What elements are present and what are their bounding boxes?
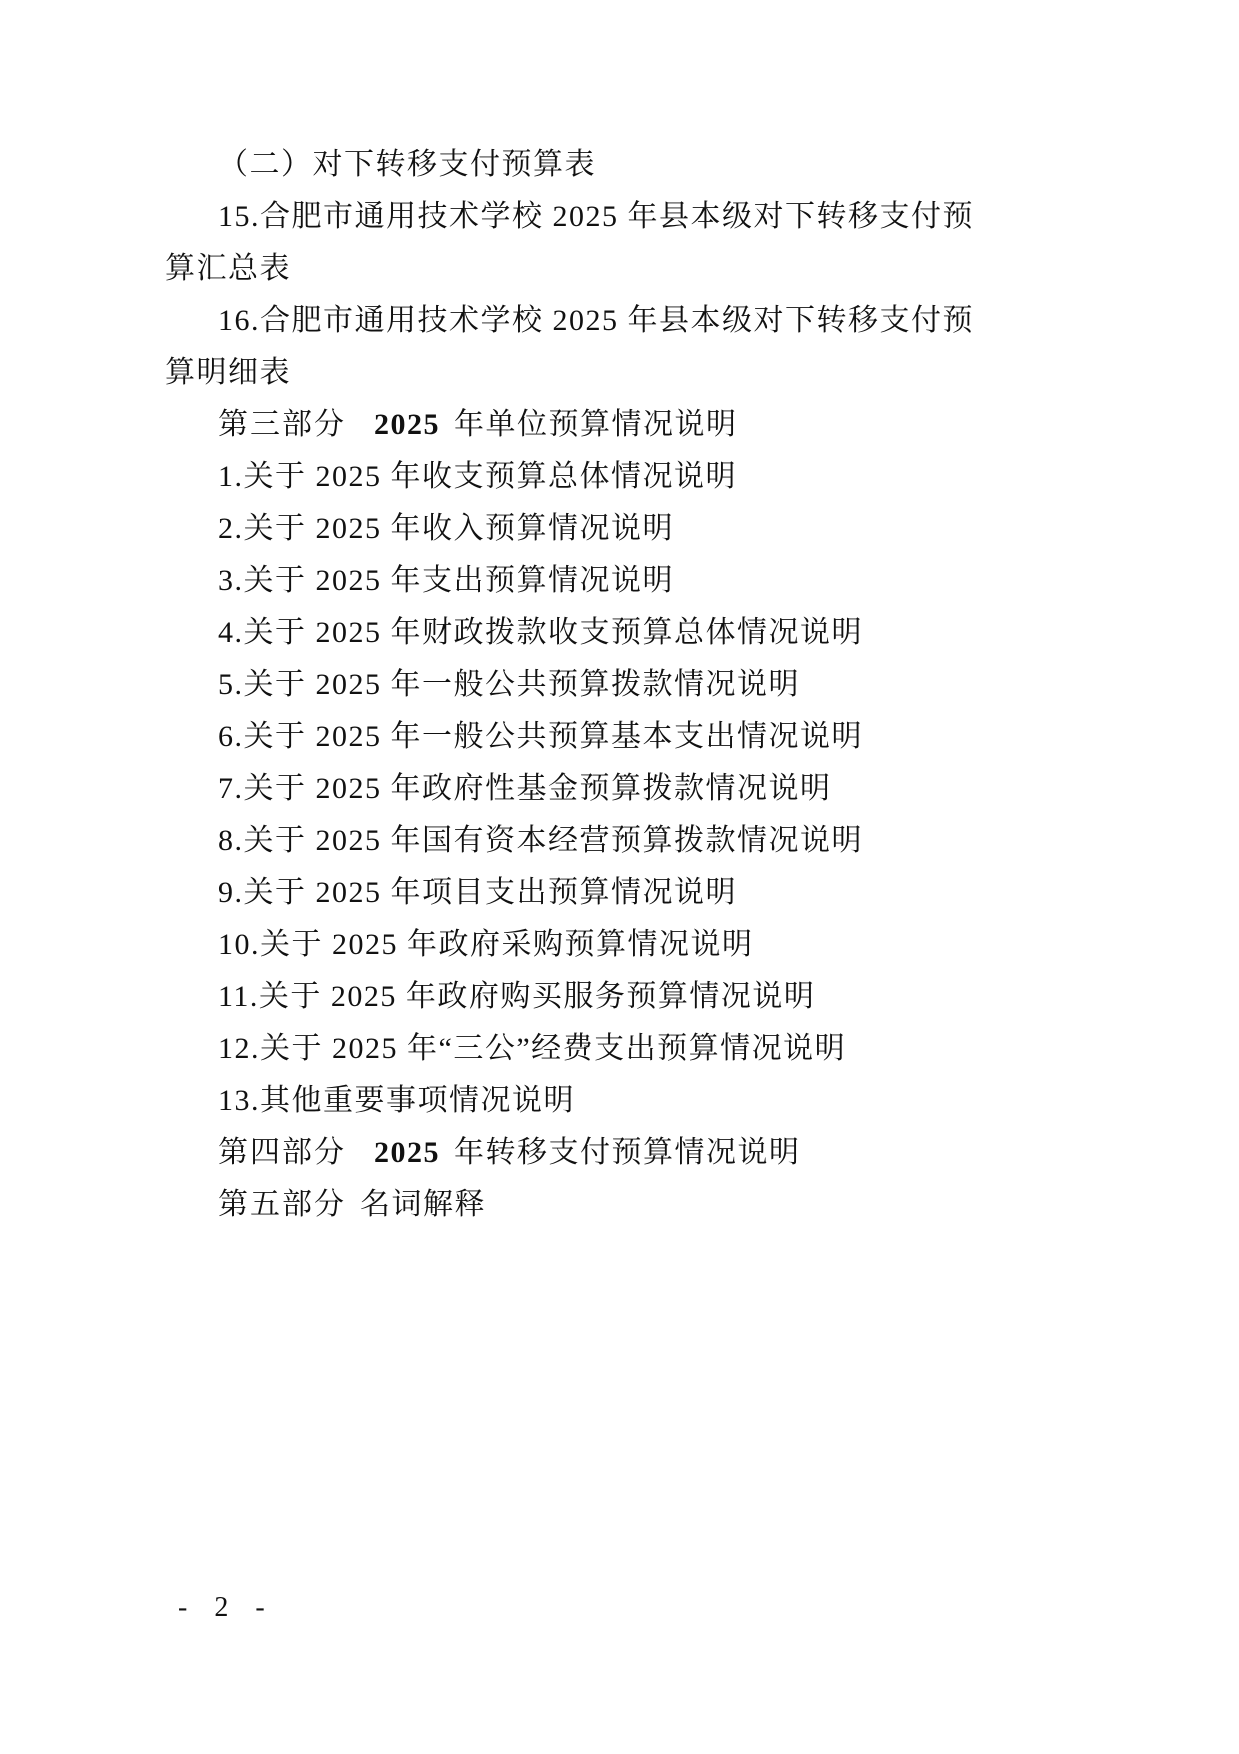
toc-item: 3.关于 2025 年支出预算情况说明 xyxy=(218,561,1078,601)
toc-item-16-line2: 算明细表 xyxy=(165,353,1025,393)
part4-label: 第四部分 xyxy=(218,1136,346,1169)
part4-year: 2025 xyxy=(374,1136,440,1169)
toc-item: 6.关于 2025 年一般公共预算基本支出情况说明 xyxy=(218,717,1078,757)
toc-item: 1.关于 2025 年收支预算总体情况说明 xyxy=(218,457,1078,497)
toc-item: 2.关于 2025 年收入预算情况说明 xyxy=(218,509,1078,549)
toc-item: 10.关于 2025 年政府采购预算情况说明 xyxy=(218,925,1078,965)
part3-heading: 第三部分2025年单位预算情况说明 xyxy=(218,405,1078,445)
part3-title: 年单位预算情况说明 xyxy=(454,408,738,441)
toc-item: 8.关于 2025 年国有资本经营预算拨款情况说明 xyxy=(218,821,1078,861)
part4-heading: 第四部分2025年转移支付预算情况说明 xyxy=(218,1133,1078,1173)
toc-item: 9.关于 2025 年项目支出预算情况说明 xyxy=(218,873,1078,913)
toc-item: 11.关于 2025 年政府购买服务预算情况说明 xyxy=(218,977,1078,1017)
toc-item: 5.关于 2025 年一般公共预算拨款情况说明 xyxy=(218,665,1078,705)
part3-year: 2025 xyxy=(374,408,440,441)
part3-label: 第三部分 xyxy=(218,408,346,441)
document-page: （二）对下转移支付预算表 15.合肥市通用技术学校 2025 年县本级对下转移支… xyxy=(0,0,1239,1754)
toc-item: 4.关于 2025 年财政拨款收支预算总体情况说明 xyxy=(218,613,1078,653)
part4-title: 年转移支付预算情况说明 xyxy=(454,1136,801,1169)
page-number: - 2 - xyxy=(178,1591,275,1625)
part5-title: 名词解释 xyxy=(360,1188,486,1221)
toc-item: 13.其他重要事项情况说明 xyxy=(218,1081,1078,1121)
toc-item-15-line1: 15.合肥市通用技术学校 2025 年县本级对下转移支付预 xyxy=(218,197,1078,237)
part5-label: 第五部分 xyxy=(218,1188,346,1221)
toc-item: 7.关于 2025 年政府性基金预算拨款情况说明 xyxy=(218,769,1078,809)
section-heading: （二）对下转移支付预算表 xyxy=(218,145,1078,185)
toc-item: 12.关于 2025 年“三公”经费支出预算情况说明 xyxy=(218,1029,1078,1069)
toc-item-15-line2: 算汇总表 xyxy=(165,249,1025,289)
toc-item-16-line1: 16.合肥市通用技术学校 2025 年县本级对下转移支付预 xyxy=(218,301,1078,341)
part5-heading: 第五部分名词解释 xyxy=(218,1185,1078,1225)
